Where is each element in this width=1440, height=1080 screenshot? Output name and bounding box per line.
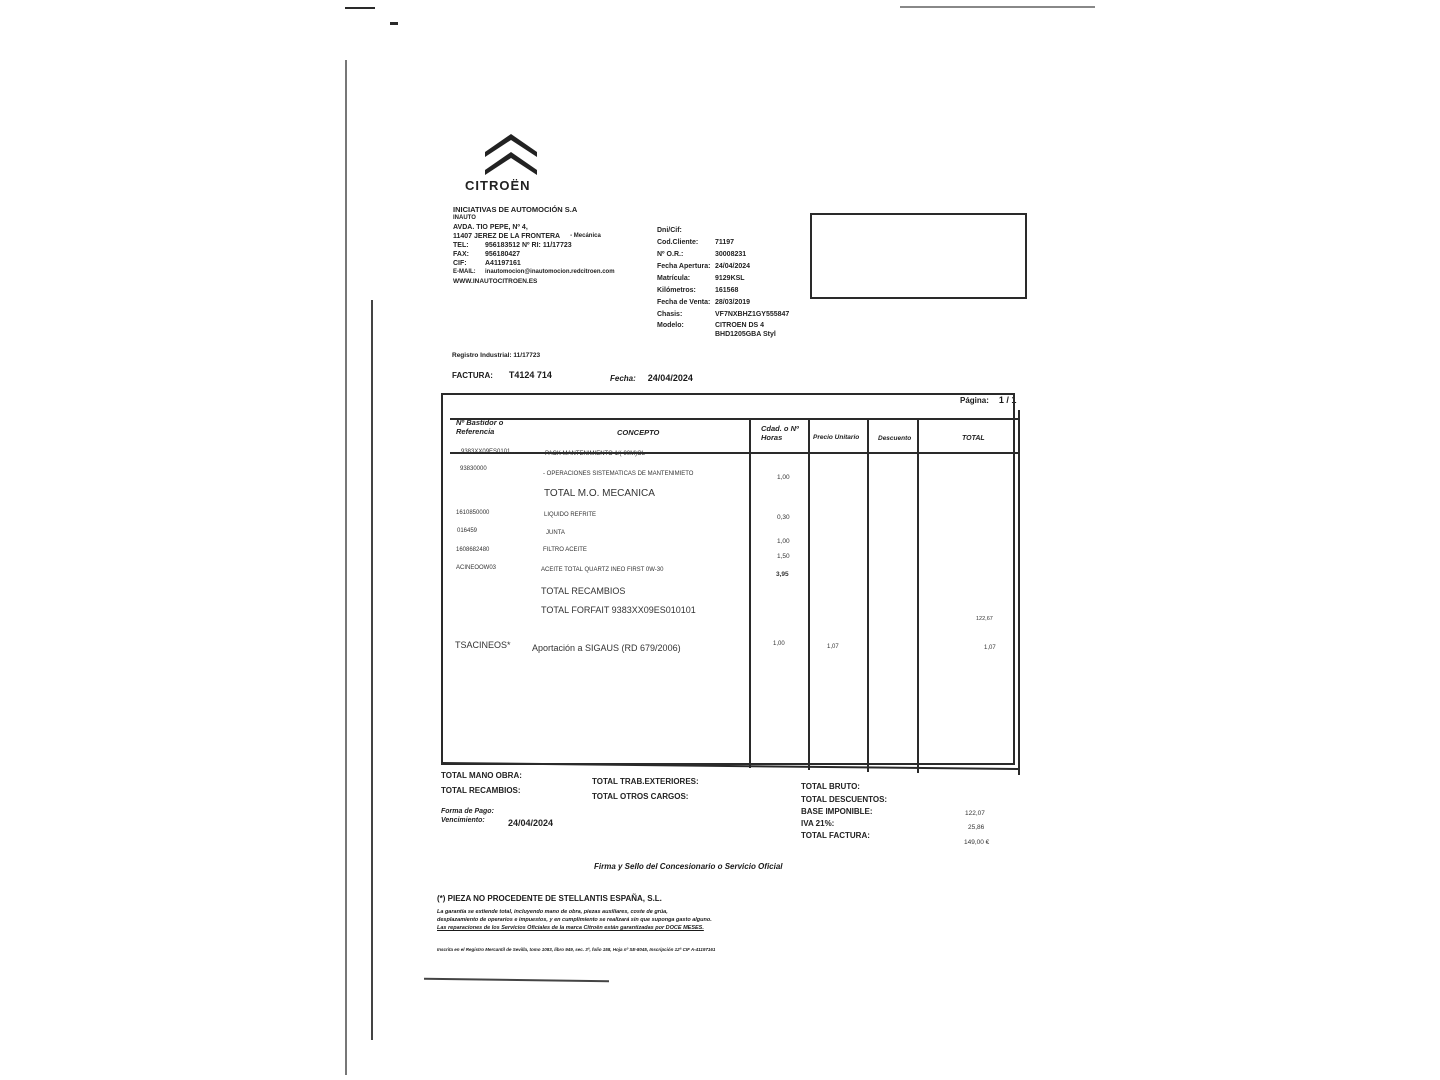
- chasis-value: VF7NXBHZ1GY555847: [715, 309, 789, 321]
- citroen-logo: CITROËN: [465, 130, 555, 193]
- tel-value: 956183512 Nº RI: 11/17723: [485, 241, 572, 250]
- row-concept: JUNTA: [546, 530, 565, 536]
- column-divider: [749, 418, 751, 768]
- row-unit-price: 1,07: [827, 644, 839, 650]
- forma-pago-label: Forma de Pago:: [441, 808, 494, 815]
- vencimiento-label: Vencimiento:: [441, 817, 485, 824]
- fecha-apertura-label: Fecha Apertura:: [657, 261, 715, 273]
- company-address-2: 11407 JEREZ DE LA FRONTERA: [453, 232, 560, 241]
- modelo-label: Modelo:: [657, 321, 715, 339]
- registro-industrial: Registro Industrial: 11/17723: [452, 352, 540, 359]
- company-subtitle: INAUTO: [453, 214, 615, 223]
- company-info: INICIATIVAS DE AUTOMOCIÓN S.A INAUTO AVD…: [453, 205, 615, 286]
- row-quantity: 1,00: [773, 641, 785, 647]
- column-divider: [1018, 410, 1020, 775]
- header-descuento: Descuento: [878, 434, 911, 443]
- scan-mark: [345, 7, 375, 9]
- scan-mark: [424, 978, 609, 983]
- matricula-value: 9129KSL: [715, 273, 745, 285]
- row-concept: PACK MANTENIMIENTO 1/(-90M)OL: [545, 451, 645, 457]
- cod-cliente-label: Cod.Cliente:: [657, 237, 715, 249]
- fecha-venta-value: 28/03/2019: [715, 297, 750, 309]
- fecha-apertura-value: 24/04/2024: [715, 261, 750, 273]
- email-label: E-MAIL:: [453, 268, 485, 277]
- no-or-label: Nº O.R.:: [657, 249, 715, 261]
- total-mano-obra-label: TOTAL MANO OBRA:: [441, 771, 522, 780]
- kilometros-label: Kilómetros:: [657, 285, 715, 297]
- no-or-value: 30008231: [715, 249, 746, 261]
- tel-label: TEL:: [453, 241, 485, 250]
- row-total: 1,07: [984, 645, 996, 651]
- row-reference: TSACINEOS*: [455, 640, 511, 650]
- header-precio: Precio Unitario: [813, 433, 859, 442]
- chasis-label: Chasis:: [657, 309, 715, 321]
- invoice-date-label: Fecha:: [610, 374, 636, 383]
- recipient-address-box: [810, 213, 1027, 299]
- header-referencia: Nº Bastidor o Referencia: [456, 418, 526, 436]
- scan-mark: [345, 60, 347, 1075]
- total-factura-label: TOTAL FACTURA:: [801, 831, 870, 840]
- company-address-1: AVDA. TIO PEPE, Nº 4,: [453, 223, 615, 232]
- invoice-number-row: FACTURA:T4124 714: [452, 370, 552, 380]
- row-concept: LIQUIDO REFRITE: [544, 512, 596, 518]
- legal-line-2: desplazamiento de operarios e impuestos,…: [437, 916, 747, 924]
- total-descuentos-label: TOTAL DESCUENTOS:: [801, 795, 887, 804]
- legal-line-3: Las reparaciones de los Servicios Oficia…: [437, 924, 747, 932]
- scan-mark: [900, 6, 1095, 8]
- email-value[interactable]: inautomocion@inautomocion.redcitroen.com: [485, 268, 615, 277]
- row-quantity: 3,95: [776, 571, 789, 578]
- matricula-label: Matrícula:: [657, 273, 715, 285]
- iva-value: 25,86: [968, 824, 984, 831]
- company-website[interactable]: WWW.INAUTOCITROEN.ES: [453, 277, 615, 286]
- total-recambios-label: TOTAL RECAMBIOS:: [441, 786, 521, 795]
- row-concept: ACEITE TOTAL QUARTZ INEO FIRST 0W-30: [541, 567, 663, 573]
- row-quantity: 1,00: [777, 474, 790, 481]
- brand-name: CITROËN: [465, 178, 555, 193]
- dni-label: Dni/Cif:: [657, 225, 715, 237]
- cod-cliente-value: 71197: [715, 237, 734, 249]
- column-divider: [917, 418, 919, 773]
- total-otros-cargos-label: TOTAL OTROS CARGOS:: [592, 792, 688, 801]
- row-reference: 1608682480: [456, 547, 489, 553]
- modelo-value-1: CITROEN DS 4: [715, 322, 764, 329]
- iva-label: IVA 21%:: [801, 819, 834, 828]
- header-concepto: CONCEPTO: [617, 428, 659, 437]
- column-divider: [867, 418, 869, 772]
- signature-caption: Firma y Sello del Concesionario o Servic…: [594, 862, 783, 871]
- row-reference: 93830000: [460, 466, 487, 472]
- row-reference: 1610850000: [456, 510, 489, 516]
- row-quantity: 1,00: [777, 538, 790, 545]
- row-reference: 016459: [457, 528, 477, 534]
- table-header-row: [450, 418, 1019, 454]
- header-cantidad: Cdad. o Nº Horas: [761, 424, 805, 442]
- row-concept: TOTAL RECAMBIOS: [541, 586, 625, 596]
- warranty-legal-text: La garantía se extiende total, incluyend…: [437, 908, 747, 932]
- scan-mark: [390, 22, 398, 25]
- invoice-date: 24/04/2024: [648, 373, 693, 383]
- mercantile-registry-text: Inscrita en el Registro Mercantil de Sev…: [437, 947, 715, 952]
- invoice-date-row: Fecha:24/04/2024: [610, 373, 693, 383]
- company-address-note: - Mecánica: [570, 232, 601, 241]
- cif-value: A41197161: [485, 259, 521, 268]
- row-quantity: 1,50: [777, 553, 790, 560]
- client-vehicle-info: Dni/Cif: Cod.Cliente:71197 Nº O.R.:30008…: [657, 225, 789, 339]
- row-reference: 9383XX09ES0101...: [461, 449, 515, 455]
- scan-mark: [371, 300, 373, 1040]
- legal-line-1: La garantía se extiende total, incluyend…: [437, 908, 747, 916]
- modelo-value-2: BHD1205GBA Styl: [715, 331, 776, 338]
- total-trab-ext-label: TOTAL TRAB.EXTERIORES:: [592, 777, 699, 786]
- invoice-number: T4124 714: [509, 370, 552, 380]
- fax-label: FAX:: [453, 250, 485, 259]
- citroen-double-chevron-icon: [483, 130, 539, 176]
- row-reference: ACINEOOW03: [456, 565, 496, 571]
- company-name: INICIATIVAS DE AUTOMOCIÓN S.A: [453, 205, 615, 214]
- header-total: TOTAL: [962, 434, 985, 443]
- vencimiento-value: 24/04/2024: [508, 818, 553, 828]
- fecha-venta-label: Fecha de Venta:: [657, 297, 715, 309]
- row-concept: - OPERACIONES SISTEMATICAS DE MANTENIMIE…: [543, 471, 693, 477]
- row-concept: FILTRO ACEITE: [543, 547, 587, 553]
- row-quantity: 0,30: [777, 514, 790, 521]
- base-imponible-value: 122,07: [965, 810, 985, 817]
- invoice-number-label: FACTURA:: [452, 371, 493, 380]
- base-imponible-label: BASE IMPONIBLE:: [801, 807, 873, 816]
- row-concept: TOTAL M.O. MECANICA: [544, 488, 655, 499]
- kilometros-value: 161568: [715, 285, 738, 297]
- row-total: 122,67: [976, 616, 993, 622]
- row-concept: TOTAL FORFAIT 9383XX09ES010101: [541, 605, 696, 615]
- non-stellantis-part-note: (*) PIEZA NO PROCEDENTE DE STELLANTIS ES…: [437, 894, 662, 903]
- row-concept: Aportación a SIGAUS (RD 679/2006): [532, 643, 681, 653]
- column-divider: [808, 418, 810, 770]
- fax-value: 956180427: [485, 250, 520, 259]
- total-factura-value: 149,00 €: [964, 839, 989, 846]
- cif-label: CIF:: [453, 259, 485, 268]
- total-bruto-label: TOTAL BRUTO:: [801, 782, 860, 791]
